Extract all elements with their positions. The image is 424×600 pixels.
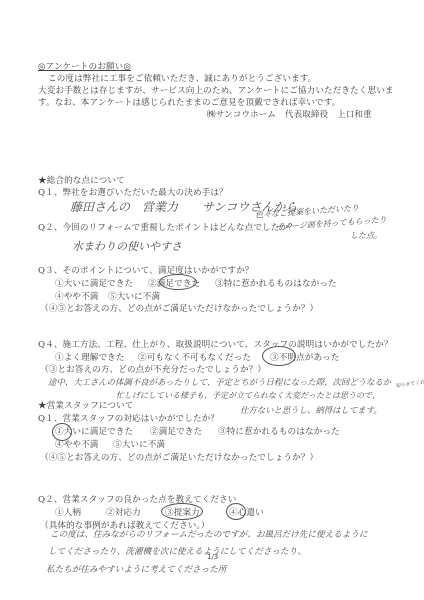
sales-q1-question: Q１、営業スタッフの対応はいかがでしたか？ xyxy=(38,412,219,424)
sales-q2-answer-line-2: してくださったり、洗濯機を次に使えるようにしてくださったり、 xyxy=(48,545,306,557)
sales-q1-option-5[interactable]: ⑤大いに不満 xyxy=(113,438,165,450)
section-sales-heading: ★営業スタッフについて xyxy=(38,399,133,411)
q3-selected-circle xyxy=(159,274,197,290)
intro-line-2: 大変お手数とは存じますが、サービス向上のため、アンケートにご協力いただきたく思い… xyxy=(38,84,394,96)
q2-answer: 水まわりの使いやすさ xyxy=(72,238,182,254)
q4-selected-circle xyxy=(262,346,296,366)
sales-q1-option-2[interactable]: ②満足できた xyxy=(150,425,202,437)
sales-q1-option-4[interactable]: ④やや不満 xyxy=(55,438,98,450)
q4-followup: （③とお答えの方、どの点が不充分だったでしょうか？） xyxy=(40,363,266,375)
q3-option-4[interactable]: ④やや不満 xyxy=(55,290,98,302)
page-number: 1/3 xyxy=(207,553,218,561)
sales-q2-question: Q２、営業スタッフの良かった点を教えてください xyxy=(38,493,236,505)
q3-followup: （④⑤とお答えの方、どの点がご満足いただけなかったでしょうか？） xyxy=(40,302,318,314)
q4-answer-line-4: 仕方ないと思うし、納得はしてます。 xyxy=(240,404,382,416)
q4-option-1[interactable]: ①よく理解できた xyxy=(55,351,125,363)
q4-answer-line-1: 途中、大工さんの体調不良があったりして、予定とちがう日程になった際、次回どうなる… xyxy=(48,376,391,388)
q3-option-1[interactable]: ①大いに満足できた xyxy=(55,277,133,289)
sales-q2-selected-circle-3 xyxy=(161,503,203,520)
sales-q2-answer-line-3: 私たちが住みやすいように考えてくださった所 xyxy=(46,563,226,575)
sales-q1-followup: （④⑤とお答えの方、どの点がご満足いただけなかったでしょうか？） xyxy=(40,451,318,463)
sales-q1-option-3[interactable]: ③特に惹かれるものはなかった xyxy=(218,425,340,437)
q4-option-2[interactable]: ②可もなく不可もなくだった xyxy=(138,351,251,363)
intro-line-3: す。なお、本アンケートは感じられたままのご意見を頂戴できれば幸いです。 xyxy=(38,96,340,108)
signature: ㈱サンコウホーム 代表取締役 上口和重 xyxy=(207,108,372,120)
q1-question: Q１、弊社をお選びいただいた最大の決め手は？ xyxy=(38,186,228,198)
sales-q2-selected-circle-4 xyxy=(226,503,246,520)
sales-q2-option-1[interactable]: ①人柄 xyxy=(55,506,81,518)
q4-answer-line-3: 忙しげにしている様子も、予定が立てられなく大変だったとは思うので、 xyxy=(116,390,380,401)
q3-option-3[interactable]: ③特に惹かれるものはなかった xyxy=(215,277,337,289)
sales-q2-option-2[interactable]: ②対応力 xyxy=(106,506,141,518)
q2-question: Q２、今回のリフォームで重視したポイントはどんな点でしたか？ xyxy=(38,221,297,233)
q3-option-5[interactable]: ⑤大いに不満 xyxy=(108,290,160,302)
intro-line-1: この度は弊社に工事をご依頼いただき、誠にありがとうございます。 xyxy=(48,72,316,84)
section-overall-heading: ★総合的な点について xyxy=(38,174,125,186)
survey-title: ◎アンケートのお願い◎ xyxy=(38,60,131,72)
q3-question: Q３、そのポイントについて、満足度はいかがですか？ xyxy=(38,264,253,276)
q1-answer-note-3: した点。 xyxy=(350,230,382,241)
q4-answer-line-2: 知らせてくれなかった xyxy=(395,376,424,390)
q4-question: Q４、施工方法、工程、仕上がり、取扱説明について、スタッフの説明はいかがでしたか… xyxy=(38,338,393,350)
sales-q2-answer-line-1: この度は、住みながらのリフォームだったのですが、お風呂だけ先に使えるように xyxy=(50,528,368,540)
